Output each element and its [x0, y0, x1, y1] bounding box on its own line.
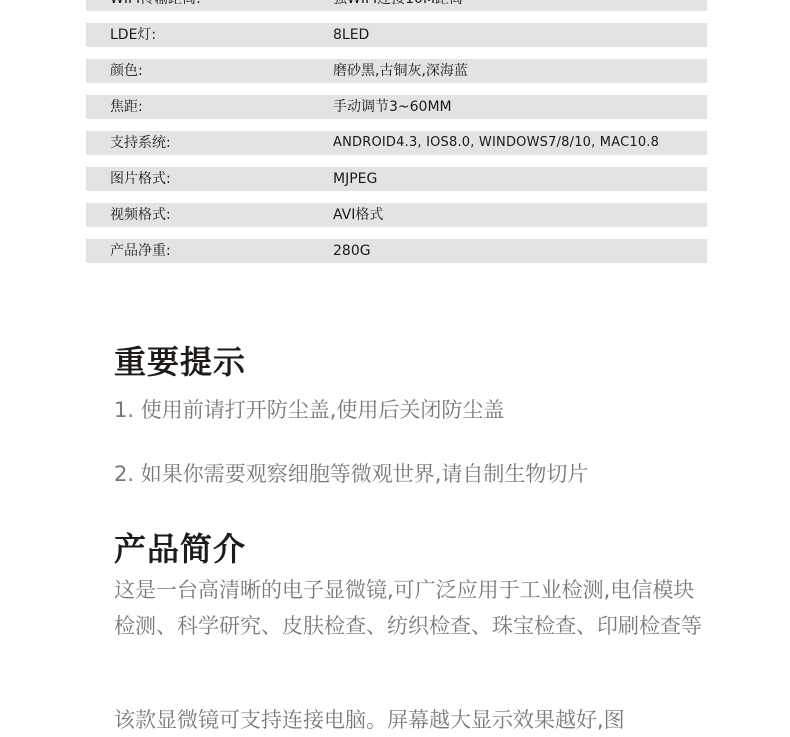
spec-value: AVI格式 [333, 203, 383, 227]
spec-row-systems: 支持系统: ANDROID4.3, IOS8.0, WINDOWS7/8/10,… [86, 131, 707, 155]
spec-table: WIFI传输距离: 强WIFI连接10M距离 LDE灯: 8LED 颜色: 磨砂… [86, 0, 707, 275]
spec-value: 手动调节3~60MM [333, 95, 452, 119]
spec-row-color: 颜色: 磨砂黑,古铜灰,深海蓝 [86, 59, 707, 83]
spec-label: 图片格式: [110, 167, 171, 191]
spec-label: 视频格式: [110, 203, 171, 227]
spec-row-video-format: 视频格式: AVI格式 [86, 203, 707, 227]
intro-paragraph-1: 这是一台高清晰的电子显微镜,可广泛应用于工业检测,电信模块检测、科学研究、皮肤检… [114, 572, 704, 644]
spec-value: 强WIFI连接10M距离 [333, 0, 463, 11]
spec-label: 支持系统: [110, 131, 171, 155]
spec-row-wifi-range: WIFI传输距离: 强WIFI连接10M距离 [86, 0, 707, 11]
notice-item-1: 1. 使用前请打开防尘盖,使用后关闭防尘盖 [114, 394, 504, 424]
spec-label: LDE灯: [110, 23, 156, 47]
intro-paragraph-2: 该款显微镜可支持连接电脑。屏幕越大显示效果越好,图 [114, 702, 704, 737]
spec-label: 颜色: [110, 59, 143, 83]
intro-title: 产品简介 [114, 524, 246, 570]
spec-label: 焦距: [110, 95, 143, 119]
spec-row-image-format: 图片格式: MJPEG [86, 167, 707, 191]
spec-label: 产品净重: [110, 239, 171, 263]
spec-row-led: LDE灯: 8LED [86, 23, 707, 47]
spec-value: 8LED [333, 23, 369, 47]
spec-row-weight: 产品净重: 280G [86, 239, 707, 263]
spec-value: MJPEG [333, 167, 377, 191]
spec-value: ANDROID4.3, IOS8.0, WINDOWS7/8/10, MAC10… [333, 131, 659, 155]
spec-value: 280G [333, 239, 371, 263]
notice-title: 重要提示 [114, 337, 246, 383]
spec-label: WIFI传输距离: [110, 0, 201, 11]
notice-item-2: 2. 如果你需要观察细胞等微观世界,请自制生物切片 [114, 458, 588, 488]
spec-row-focus: 焦距: 手动调节3~60MM [86, 95, 707, 119]
spec-value: 磨砂黑,古铜灰,深海蓝 [333, 59, 468, 83]
